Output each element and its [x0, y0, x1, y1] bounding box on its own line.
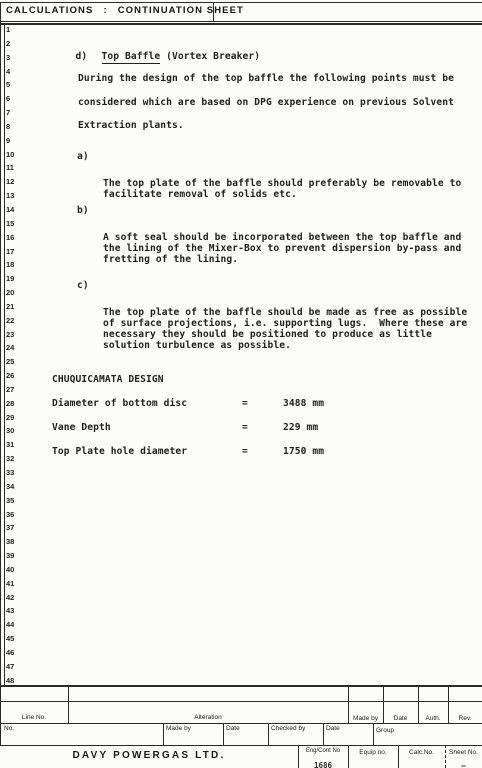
section-label: d) — [76, 51, 102, 62]
line-number: 8 — [6, 120, 14, 134]
paragraph-line: Extraction plants. — [78, 114, 454, 138]
design-row-value: 229 mm — [283, 423, 318, 433]
paragraph-line: considered which are based on DPG experi… — [78, 91, 454, 115]
design-row-label: Vane Depth — [52, 423, 111, 433]
line-number: 7 — [6, 106, 14, 120]
item-line: the lining of the Mixer-Box to prevent d… — [103, 243, 461, 254]
calc-no-label: Calc.No. — [398, 749, 445, 756]
page-left-inner-border — [4, 24, 5, 686]
equals-sign: = — [242, 399, 248, 409]
intro-paragraph: During the design of the top baffle the … — [78, 67, 454, 138]
footer-divider — [323, 723, 324, 745]
line-number: 21 — [6, 300, 14, 314]
paragraph-line: During the design of the top baffle the … — [78, 67, 454, 91]
footer-divider — [163, 723, 164, 745]
item-line: The top plate of the baffle should prefe… — [103, 178, 461, 189]
line-number: 44 — [6, 618, 14, 632]
line-number: 30 — [6, 424, 14, 438]
item-line: of surface projections, i.e. supporting … — [103, 318, 467, 329]
line-number-column: 1234567891011121314151617181920212223242… — [6, 23, 14, 688]
design-row: Diameter of bottom disc=3488 mm — [52, 399, 442, 409]
design-row-label: Top Plate hole diameter — [52, 447, 187, 457]
header-underline-thin — [0, 21, 482, 22]
line-number: 46 — [6, 646, 14, 660]
date2-cell-label: Date — [326, 725, 340, 732]
line-number: 17 — [6, 245, 14, 259]
line-number: 16 — [6, 231, 14, 245]
item-label: a) — [77, 145, 89, 169]
rev-column-label: Rev. — [448, 715, 482, 722]
line-number: 28 — [6, 397, 14, 411]
page-top-border — [0, 2, 482, 3]
line-number: 18 — [6, 258, 14, 272]
design-row: Vane Depth=229 mm — [52, 423, 442, 433]
line-number: 42 — [6, 591, 14, 605]
alteration-column-label: Alteration — [68, 714, 348, 721]
sheet-header-title: CALCULATIONS:CONTINUATION SHEET — [6, 5, 244, 21]
footer-company-row-line — [0, 745, 482, 746]
line-number: 22 — [6, 314, 14, 328]
line-number: 11 — [6, 161, 14, 175]
footer-top-border — [0, 685, 482, 687]
header-right-divider — [213, 2, 214, 21]
line-number: 12 — [6, 175, 14, 189]
line-number: 3 — [6, 51, 14, 65]
made-by-cell-label: Made by — [166, 725, 191, 732]
line-number: 27 — [6, 383, 14, 397]
sheet-no-label: Sheet No. — [445, 749, 482, 756]
section-title: Top Baffle — [102, 51, 161, 64]
item-line: fretting of the lining. — [103, 254, 461, 265]
made-by-column-label: Made by — [348, 715, 383, 722]
checked-by-cell-label: Checked by — [271, 725, 305, 732]
header-title-left: CALCULATIONS — [6, 5, 93, 16]
eng-cont-no-label: Eng/Cont No — [298, 748, 348, 754]
item-label: b) — [77, 199, 89, 223]
item-label: c) — [77, 274, 89, 298]
item-line: solution turbulence as possible. — [103, 340, 467, 351]
design-row-value: 1750 mm — [283, 447, 324, 457]
equals-sign: = — [242, 423, 248, 433]
line-number: 10 — [6, 148, 14, 162]
item-lines: The top plate of the baffle should be ma… — [103, 307, 467, 351]
line-no-column-label: Line No. — [6, 714, 62, 721]
line-number: 6 — [6, 92, 14, 106]
date-column-label: Date — [383, 715, 418, 722]
page-left-outer-border — [0, 2, 1, 746]
design-row: Top Plate hole diameter=1750 mm — [52, 447, 442, 457]
line-number: 15 — [6, 217, 14, 231]
line-number: 23 — [6, 328, 14, 342]
line-number: 14 — [6, 203, 14, 217]
footer-label-row-line — [0, 723, 482, 724]
line-number: 43 — [6, 604, 14, 618]
group-cell-label: Group — [376, 727, 394, 734]
line-number: 5 — [6, 78, 14, 92]
footer-mid-line — [0, 701, 482, 702]
equals-sign: = — [242, 447, 248, 457]
line-number: 29 — [6, 411, 14, 425]
calculation-sheet-page: CALCULATIONS:CONTINUATION SHEET 12345678… — [0, 0, 482, 768]
line-number: 31 — [6, 438, 14, 452]
item-line: The top plate of the baffle should be ma… — [103, 307, 467, 318]
footer-divider — [223, 723, 224, 745]
line-number: 32 — [6, 452, 14, 466]
line-number: 24 — [6, 341, 14, 355]
line-number: 47 — [6, 660, 14, 674]
design-section-title: CHUQUICAMATA DESIGN — [52, 375, 164, 385]
header-title-right: CONTINUATION SHEET — [118, 5, 244, 16]
design-row-label: Diameter of bottom disc — [52, 399, 187, 409]
line-number: 36 — [6, 508, 14, 522]
line-number: 39 — [6, 549, 14, 563]
line-number: 4 — [6, 65, 14, 79]
line-number: 9 — [6, 134, 14, 148]
line-number: 26 — [6, 369, 14, 383]
item-lines: The top plate of the baffle should prefe… — [103, 178, 461, 200]
section-title-suffix: (Vortex Breaker) — [160, 51, 260, 62]
sheet-no-value: – — [445, 761, 482, 768]
line-number: 25 — [6, 355, 14, 369]
line-number: 41 — [6, 577, 14, 591]
date-cell-label: Date — [226, 725, 240, 732]
line-number: 33 — [6, 466, 14, 480]
list-item-c: c) The top plate of the baffle should be… — [77, 274, 467, 373]
eng-cont-no-value: 1686 — [298, 761, 348, 768]
line-number: 19 — [6, 272, 14, 286]
item-line: necessary they should be positioned to p… — [103, 329, 467, 340]
line-number: 2 — [6, 37, 14, 51]
equip-no-label: Equip no. — [348, 749, 398, 756]
auth-column-label: Auth. — [418, 715, 448, 722]
line-number: 20 — [6, 286, 14, 300]
item-line: A soft seal should be incorporated betwe… — [103, 232, 461, 243]
no-cell-label: No. — [4, 725, 14, 732]
header-underline-thick — [0, 23, 482, 25]
line-number: 35 — [6, 494, 14, 508]
line-number: 34 — [6, 480, 14, 494]
footer-divider — [373, 723, 374, 745]
line-number: 38 — [6, 535, 14, 549]
line-number: 1 — [6, 23, 14, 37]
line-number: 45 — [6, 632, 14, 646]
design-row-value: 3488 mm — [283, 399, 324, 409]
company-name: DAVY POWERGAS LTD. — [0, 750, 298, 761]
line-number: 40 — [6, 563, 14, 577]
item-lines: A soft seal should be incorporated betwe… — [103, 232, 461, 265]
line-number: 13 — [6, 189, 14, 203]
line-number: 37 — [6, 521, 14, 535]
footer-divider — [268, 723, 269, 745]
header-separator: : — [103, 5, 107, 16]
